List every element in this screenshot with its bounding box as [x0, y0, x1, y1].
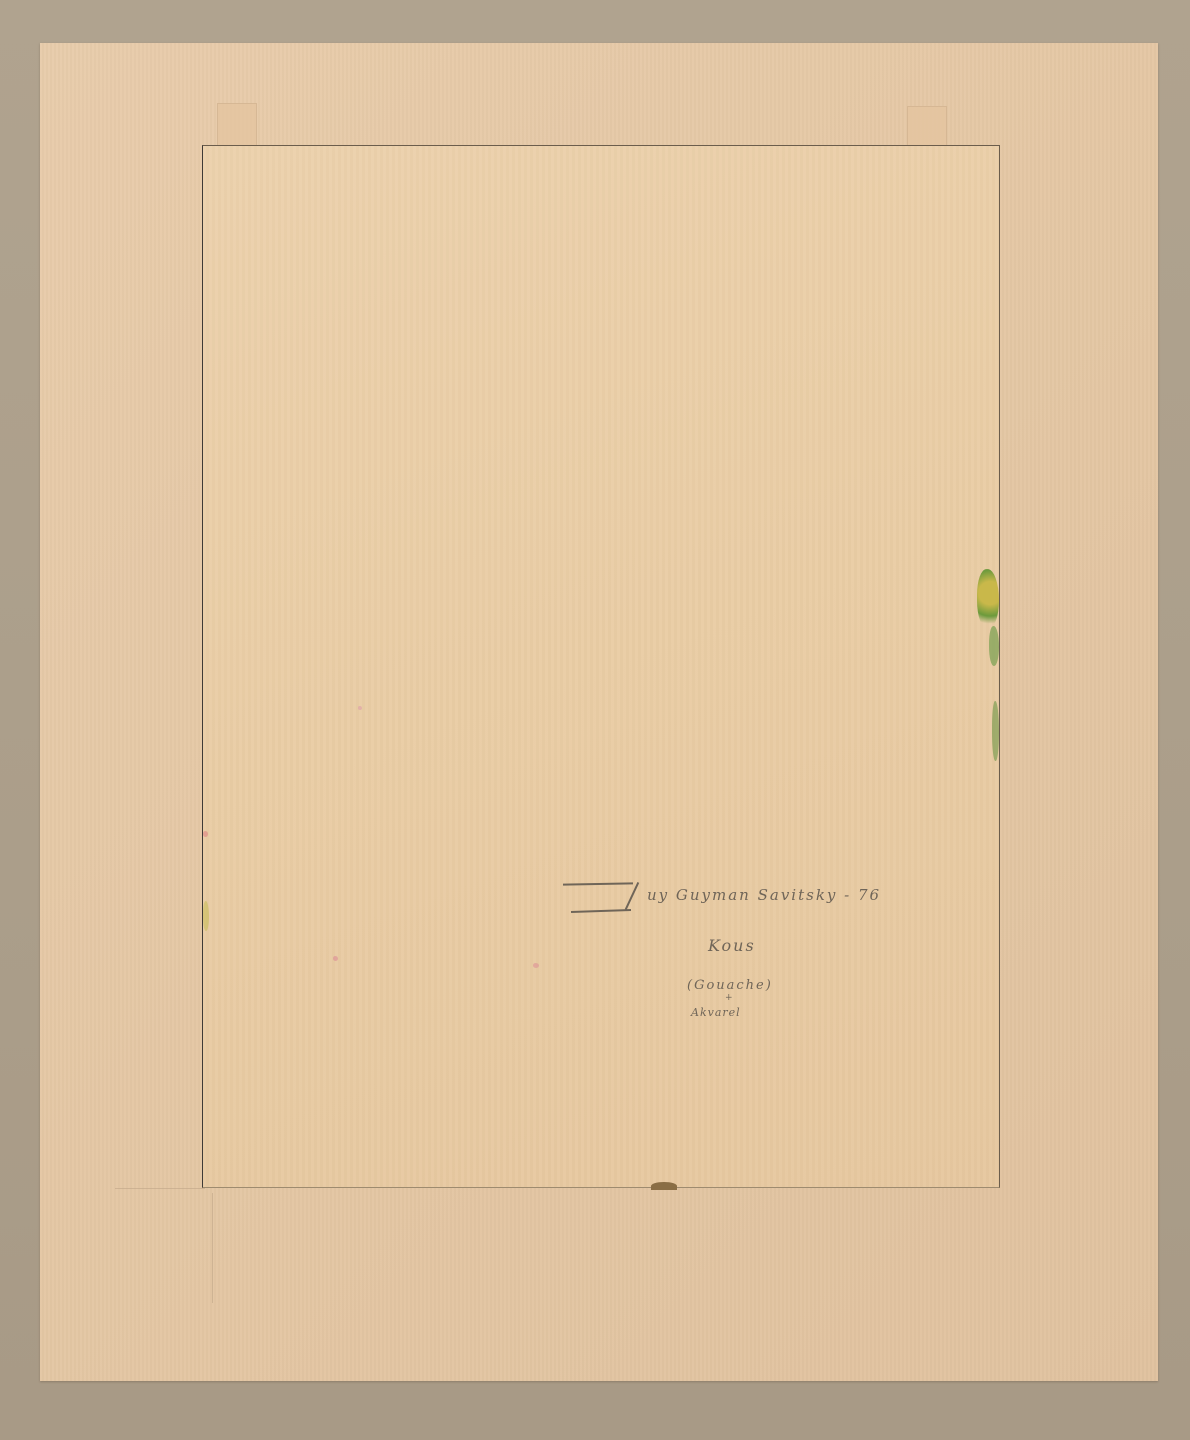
inscription-line-2: Kous [708, 936, 756, 955]
inscription-plus: + [725, 993, 735, 1003]
green-paint-stain [977, 569, 999, 629]
pink-spot [333, 956, 338, 961]
mat-pencil-guide-horizontal [115, 1188, 205, 1189]
green-paint-drip-lower [992, 701, 999, 761]
mat-pencil-guide-vertical [212, 1193, 213, 1303]
pink-spot-2 [533, 963, 539, 968]
pink-spot-3 [358, 706, 362, 710]
inscription-underline-mark-lower [571, 909, 631, 913]
inscription-line-4: Akvarel [691, 1006, 741, 1019]
inscription-slash [625, 882, 639, 910]
inscription-line-3: (Gouache) [687, 978, 773, 993]
pink-spot-left [203, 831, 208, 837]
inscription-line-1: uy Guyman Savitsky - 76 [647, 886, 881, 904]
yellow-paint-stain-left [203, 901, 209, 931]
paper-edge-tear [651, 1182, 677, 1190]
green-paint-drip [989, 626, 999, 666]
artwork-paper-verso: uy Guyman Savitsky - 76 Kous (Gouache) +… [202, 145, 1000, 1188]
inscription-underline-mark [563, 882, 633, 885]
